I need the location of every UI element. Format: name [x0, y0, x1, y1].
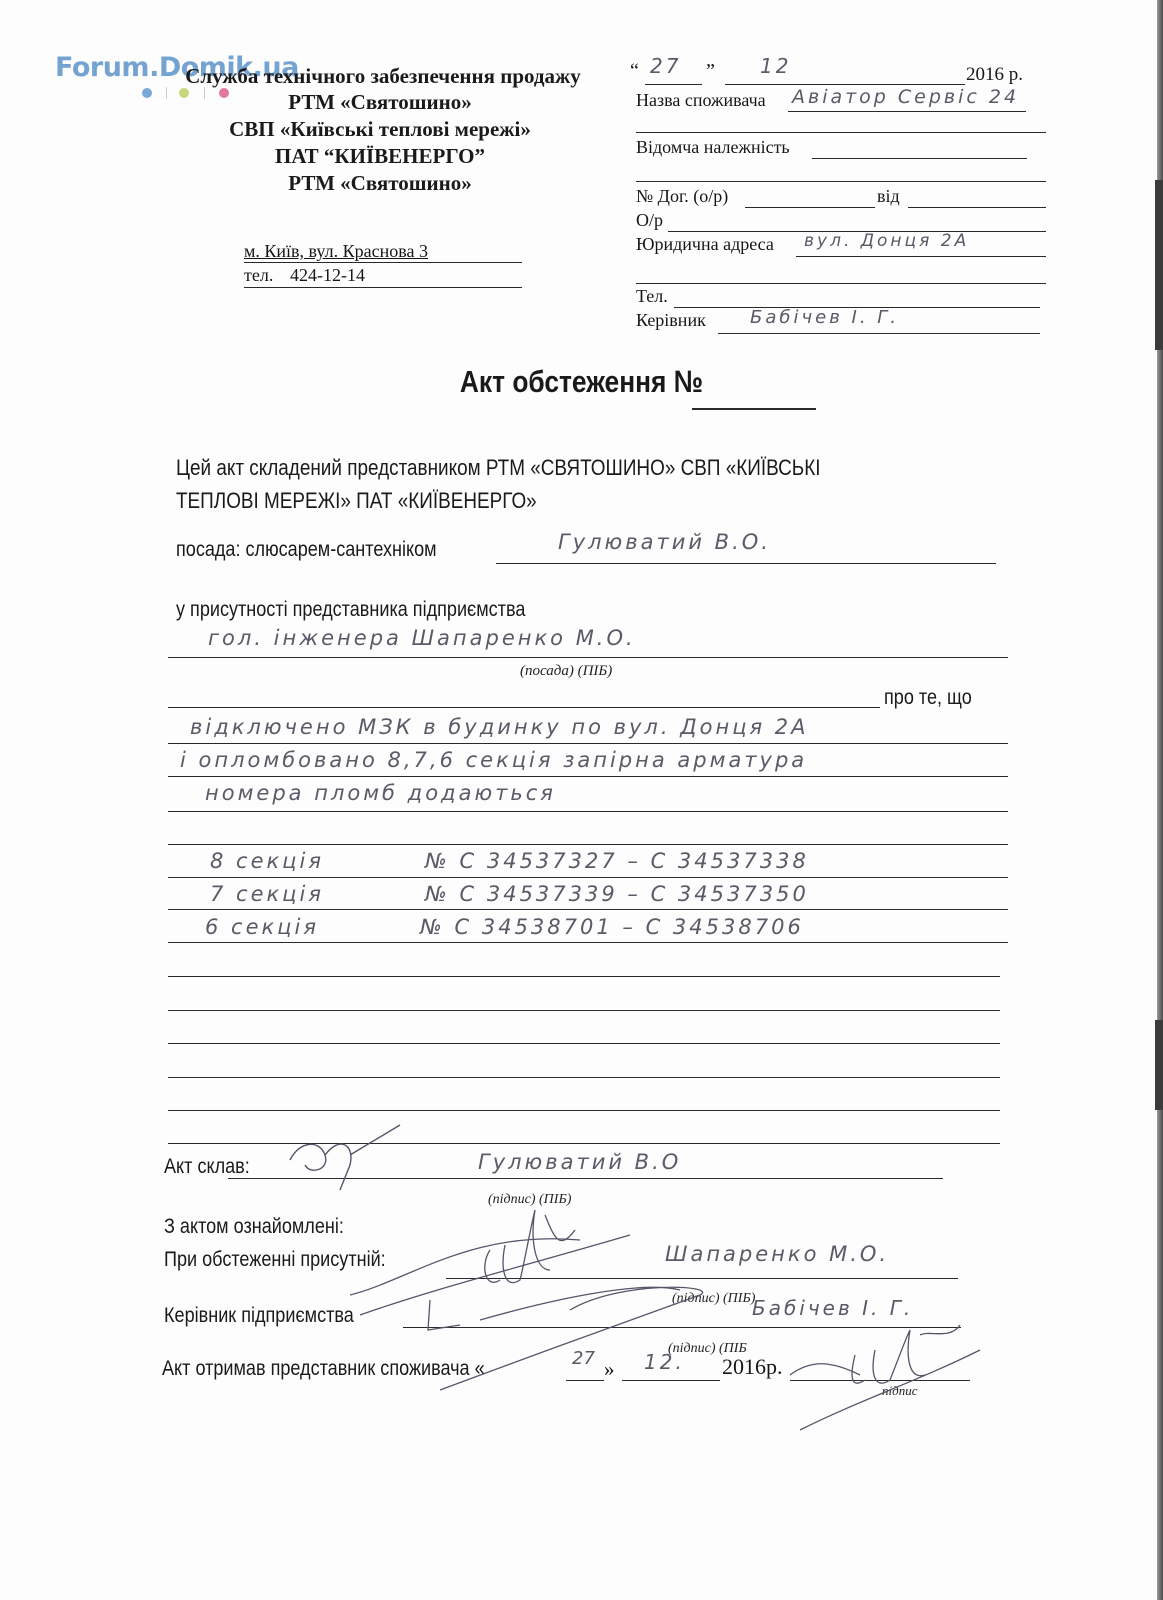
seal-rule	[168, 909, 1008, 910]
seal-section[interactable]: 7 секція	[210, 882, 324, 906]
seal-rule	[168, 942, 1008, 943]
date-day-field[interactable]: 27	[650, 54, 681, 78]
signature-mark	[780, 1320, 1000, 1450]
blank-line[interactable]	[168, 1043, 1000, 1044]
blank-line	[636, 132, 1046, 133]
position-line	[496, 563, 996, 564]
quote-open: “	[630, 60, 639, 83]
org-line: СВП «Київські теплові мережі»	[140, 116, 620, 142]
consumer-name-line	[788, 111, 1026, 112]
received-month-field[interactable]: 12.	[644, 1350, 685, 1374]
date-year: 2016 р.	[966, 64, 1023, 86]
blank-line[interactable]	[168, 1077, 1000, 1078]
seal-rule	[168, 877, 1008, 878]
presence-label: у присутності представника підприємства	[176, 598, 525, 622]
blank-line	[636, 181, 1046, 182]
contract-from-label: від	[877, 186, 900, 207]
org-line: ПАТ “КИЇВЕНЕРГО”	[140, 143, 620, 169]
contract-line[interactable]	[745, 207, 875, 208]
finding-rule	[168, 776, 1008, 777]
contract-label: № Дог. (о/р)	[636, 186, 728, 207]
presence-field[interactable]: гол. інженера Шапаренко М.О.	[208, 626, 636, 650]
enterprise-head-label: Керівник підприємства	[164, 1304, 354, 1328]
head-line	[718, 333, 1040, 334]
finding-line[interactable]: відключено МЗК в будинку по вул. Донця 2…	[190, 715, 809, 739]
received-label: Акт отримав представник споживача «	[162, 1357, 485, 1381]
contract-from-line[interactable]	[908, 207, 1046, 208]
finding-rule	[168, 844, 1008, 845]
blank-line[interactable]	[168, 1110, 1000, 1111]
received-month-line	[622, 1380, 720, 1381]
date-month-line	[725, 84, 965, 85]
compiled-label: Акт склав:	[164, 1155, 250, 1179]
org-phone: 424-12-14	[290, 265, 365, 286]
org-line: РТМ «Святошино»	[140, 170, 620, 196]
consumer-name-field[interactable]: Авіатор Сервіс 24	[792, 86, 1019, 108]
tel-label: Тел.	[636, 286, 668, 307]
received-year: 2016р.	[722, 1354, 783, 1380]
seal-range[interactable]: № С 34537339 – С 34537350	[425, 882, 809, 906]
org-address: м. Київ, вул. Краснова 3	[244, 241, 428, 262]
act-number-line[interactable]	[692, 408, 816, 410]
address-line	[244, 262, 522, 263]
org-line: Служба технічного забезпечення продажу	[158, 63, 608, 89]
act-title: Акт обстеження №	[87, 364, 1076, 400]
received-close: »	[604, 1357, 615, 1382]
or-label: О/р	[636, 210, 663, 231]
org-phone-label: тел.	[244, 265, 273, 286]
department-line[interactable]	[812, 158, 1027, 159]
seal-range[interactable]: № С 34538701 – С 34538706	[420, 915, 804, 939]
blank-line[interactable]	[168, 976, 1000, 977]
intro-line-2: ТЕПЛОВІ МЕРЕЖІ» ПАТ «КИЇВЕНЕРГО»	[176, 488, 537, 514]
presence-line	[168, 657, 1008, 658]
acquainted-label: З актом ознайомлені:	[164, 1215, 344, 1239]
seal-range[interactable]: № С 34537327 – С 34537338	[425, 849, 809, 873]
finding-rule	[168, 743, 1008, 744]
head-field[interactable]: Бабічев І. Г.	[750, 307, 899, 328]
scan-edge-mark	[1155, 1020, 1163, 1110]
head-label: Керівник	[636, 310, 706, 331]
intro-line-1: Цей акт складений представником РТМ «СВЯ…	[176, 455, 820, 481]
finding-line[interactable]: номера пломб додаються	[205, 781, 556, 805]
scan-edge-mark	[1155, 180, 1163, 350]
position-name-field[interactable]: Гулюватий В.О.	[558, 530, 771, 554]
legal-address-line	[796, 256, 1046, 257]
received-day-line	[566, 1380, 604, 1381]
date-month-field[interactable]: 12	[760, 54, 791, 78]
seal-section[interactable]: 6 секція	[205, 915, 319, 939]
act-title-text: Акт обстеження №	[460, 364, 703, 399]
date-day-line	[645, 84, 702, 85]
blank-line	[636, 283, 1046, 284]
legal-address-field[interactable]: вул. Донця 2А	[804, 231, 969, 251]
enterprise-head-field[interactable]: Бабічев І. Г.	[752, 1296, 913, 1320]
org-line: РТМ «Святошино»	[140, 89, 620, 115]
finding-line[interactable]: і опломбовано 8,7,6 секція запірна армат…	[180, 748, 807, 772]
finding-rule	[168, 811, 1008, 812]
received-day-field[interactable]: 27	[572, 1348, 595, 1369]
quote-close: ”	[706, 60, 715, 83]
about-label: про те, що	[884, 686, 972, 710]
presence-caption: (посада) (ПІБ)	[520, 663, 612, 680]
position-label: посада: слюсарем-сантехніком	[176, 538, 437, 562]
about-line	[168, 707, 880, 708]
department-label: Відомча належність	[636, 137, 790, 158]
phone-line	[244, 287, 522, 288]
legal-address-label: Юридична адреса	[636, 234, 774, 255]
seal-section[interactable]: 8 секція	[210, 849, 324, 873]
blank-line[interactable]	[168, 1010, 1000, 1011]
consumer-name-label: Назва споживача	[636, 90, 766, 111]
